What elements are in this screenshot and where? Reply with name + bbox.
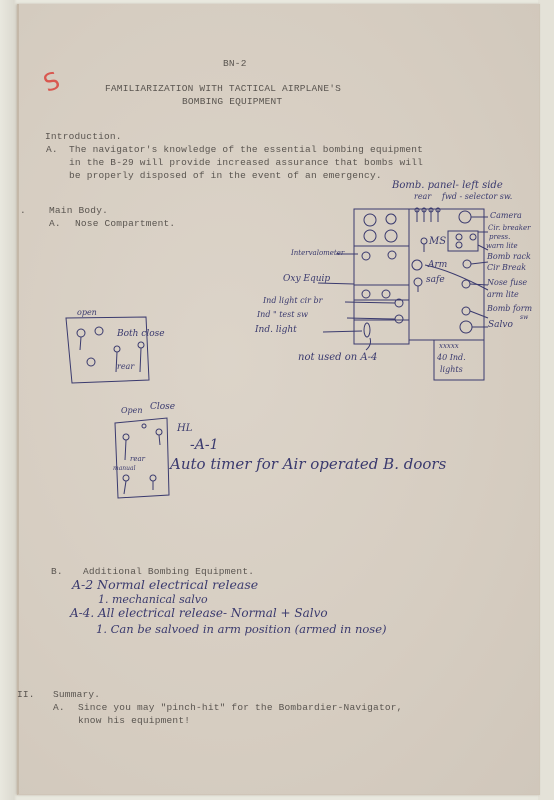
- timer-label-rear: rear: [130, 455, 145, 463]
- summary-line-2: know his equipment!: [78, 714, 190, 728]
- timer-caption: Auto timer for Air operated B. doors: [170, 455, 446, 473]
- item-b-marker: B.: [51, 565, 63, 579]
- item-b-note-a2: A-2 Normal electrical release: [72, 577, 258, 592]
- summary-heading: Summary.: [53, 688, 100, 702]
- timer-label-a1: -A-1: [190, 437, 218, 453]
- timer-label-hl: HL: [177, 423, 192, 434]
- auto-timer-sketch-icon: [0, 0, 554, 800]
- summary-item-marker: A.: [53, 701, 65, 715]
- item-b-note-a4: A-4. All electrical release- Normal + Sa…: [70, 606, 328, 620]
- summary-marker: II.: [17, 688, 35, 702]
- timer-label-close: Close: [150, 402, 175, 412]
- timer-label-manual: manual: [113, 465, 136, 472]
- timer-label-open: Open: [121, 406, 143, 415]
- item-b-note-a2-salvo: 1. mechanical salvo: [98, 593, 208, 606]
- summary-line-1: Since you may "pinch-hit" for the Bombar…: [78, 701, 403, 715]
- item-b-note-a4-salvoed: 1. Can be salvoed in arm position (armed…: [96, 622, 386, 636]
